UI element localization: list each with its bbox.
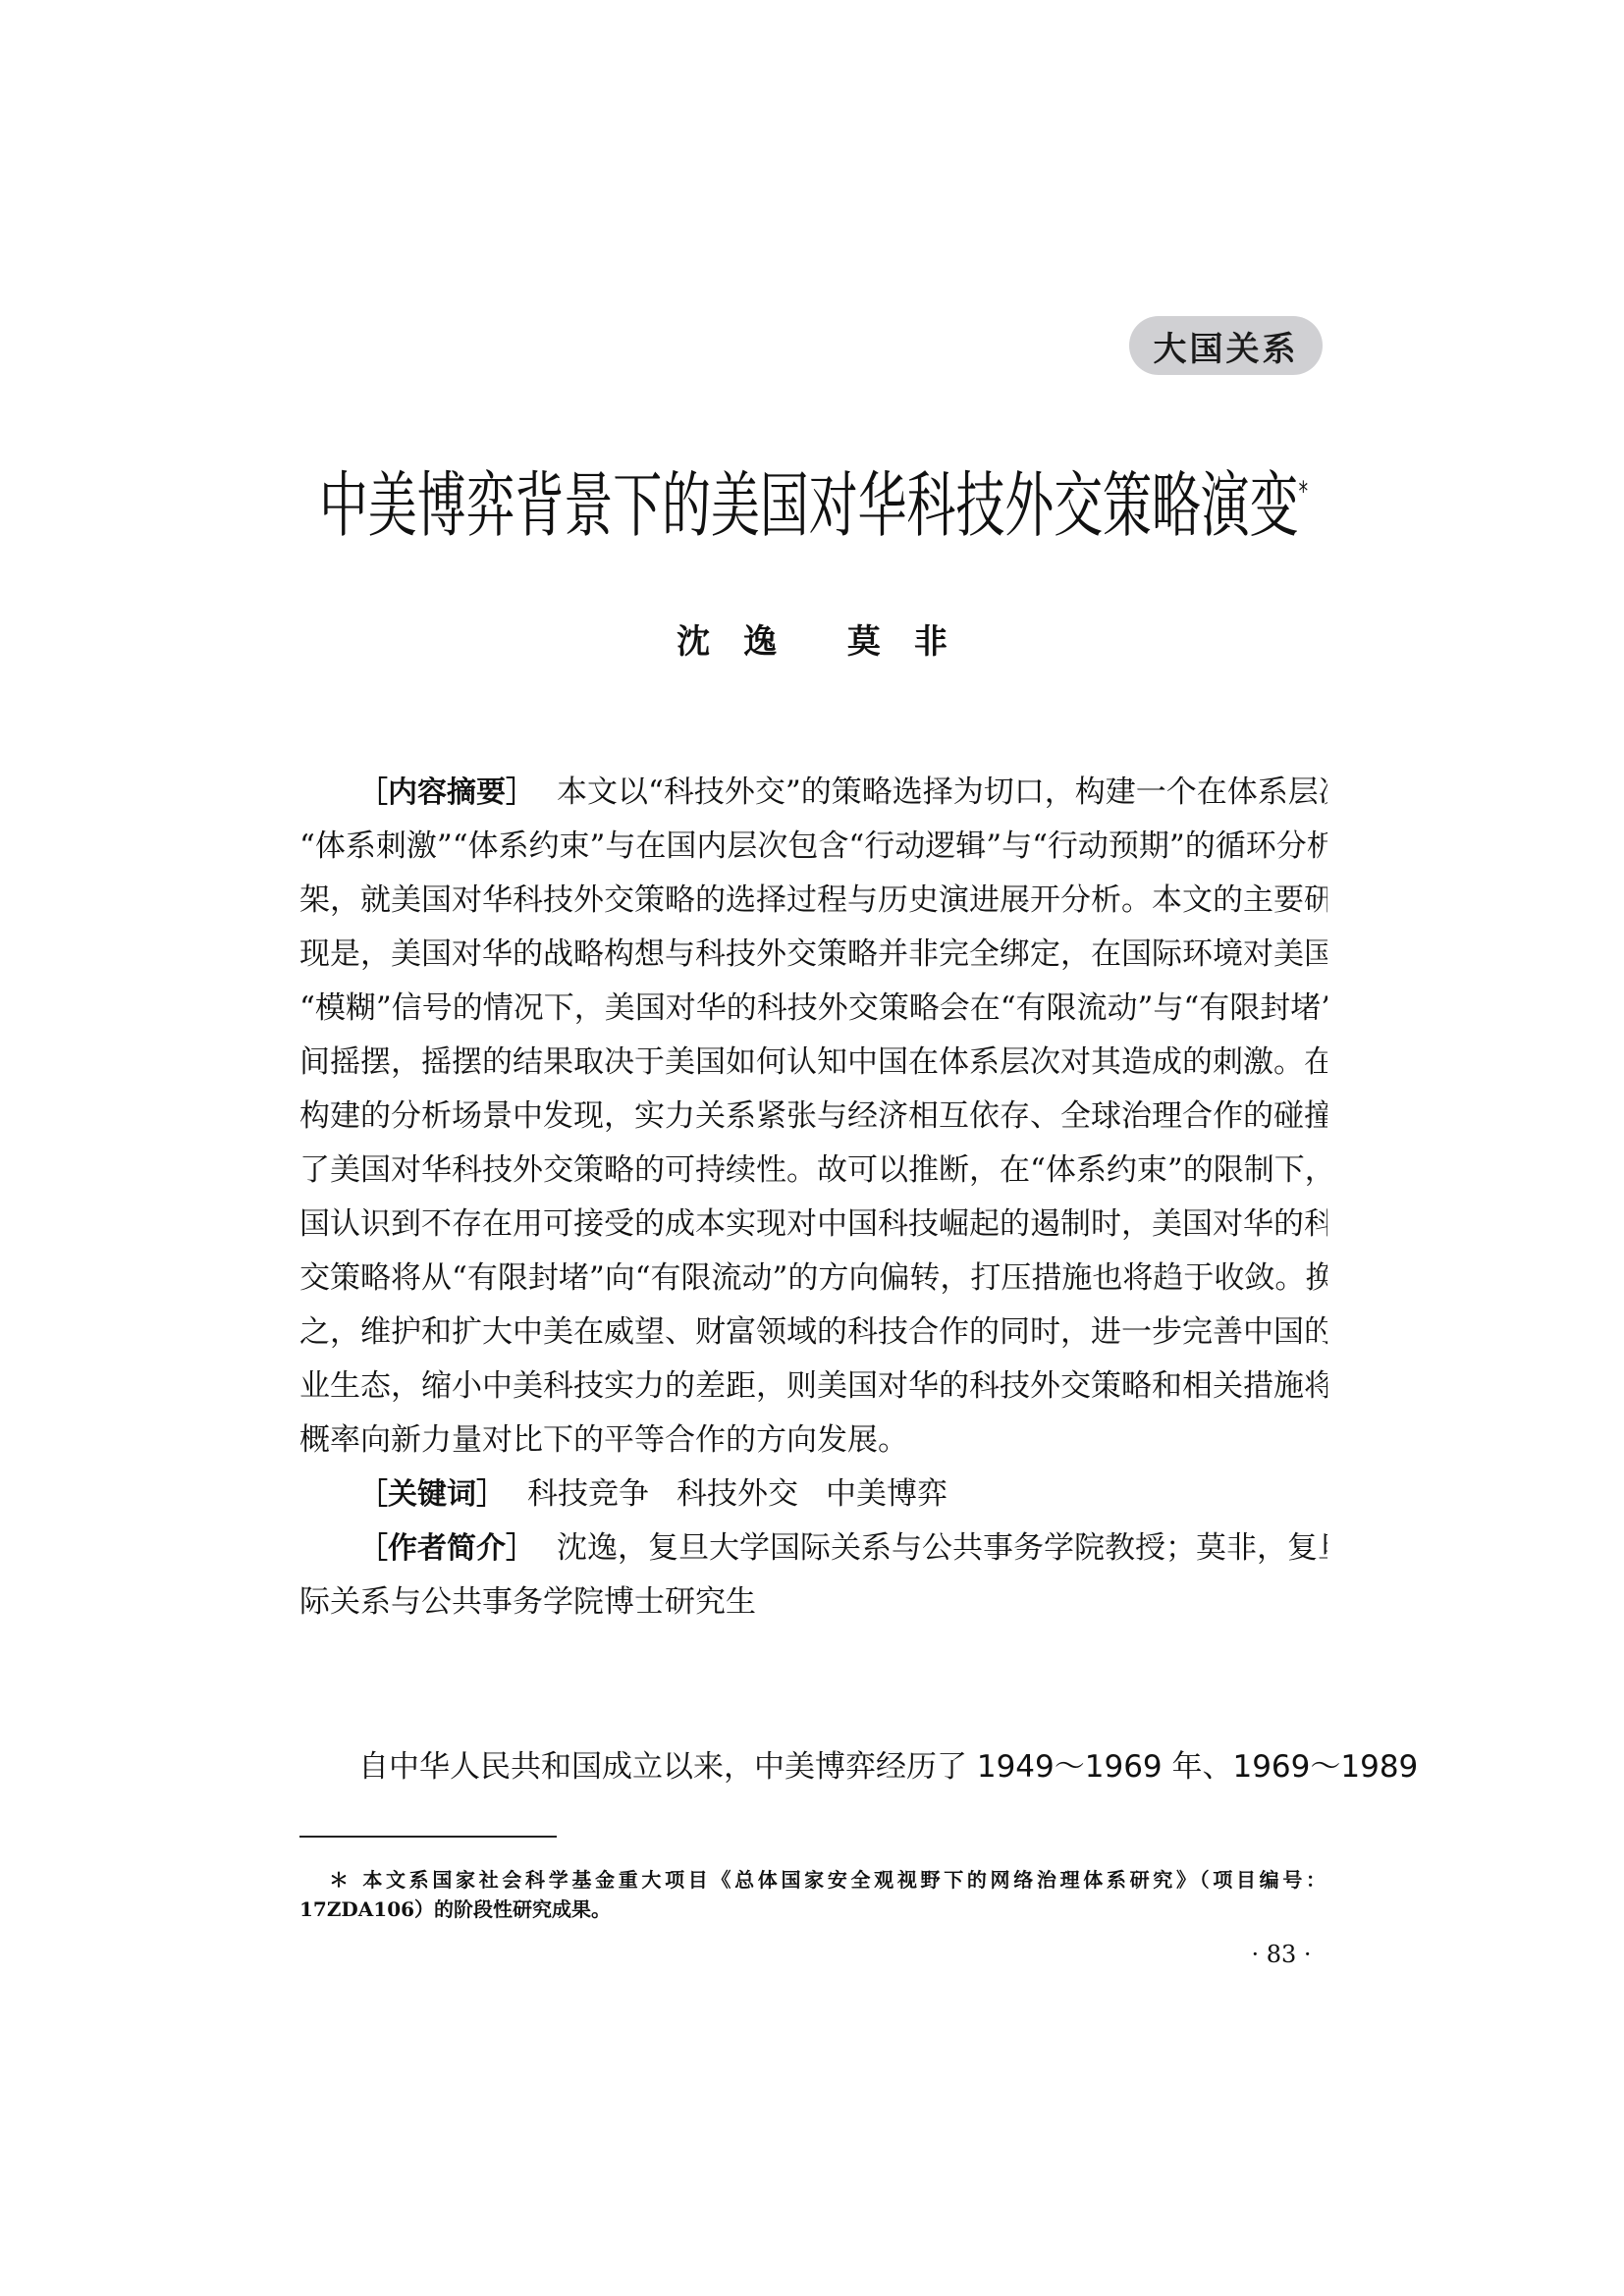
abstract-line: ［内容摘要］本文以“科技外交”的策略选择为切口，构建一个在体系层次包含 [358,766,1327,820]
page-number: · 83 · [1237,1939,1326,1970]
abstract-line: 间摇摆，摇摆的结果取决于美国如何认知中国在体系层次对其造成的刺激。在研究 [299,1036,1327,1090]
author-info-text: 沈逸，复旦大学国际关系与公共事务学院教授；莫非，复旦大学国 [557,1530,1327,1566]
abstract-line: 现是，美国对华的战略构想与科技外交策略并非完全绑定，在国际环境对美国发出 [299,928,1327,982]
abstract-line: “模糊”信号的情况下，美国对华的科技外交策略会在“有限流动”与“有限封堵”之 [299,982,1327,1036]
keyword: 中美博弈 [826,1476,947,1512]
author-1: 沈 逸 [677,622,777,662]
abstract-line: 概率向新力量对比下的平等合作的方向发展。 [299,1414,1327,1468]
abstract-label: ［内容摘要］ [358,775,535,810]
abstract-line: “体系刺激”“体系约束”与在国内层次包含“行动逻辑”与“行动预期”的循环分析框 [299,820,1327,874]
keywords-line: ［关键词］科技竞争科技外交中美博弈 [358,1468,1327,1522]
footnote-divider [299,1836,557,1838]
abstract-line: 国认识到不存在用可接受的成本实现对中国科技崛起的遏制时，美国对华的科技外 [299,1198,1327,1252]
keyword: 科技外交 [677,1476,798,1512]
footnote-line: ＊ 本文系国家社会科学基金重大项目《总体国家安全观视野下的网络治理体系研究》（项… [299,1865,1326,1895]
keywords-label: ［关键词］ [358,1477,506,1512]
title-text: 中美博弈背景下的美国对华科技外交策略演变 [319,464,1299,548]
author-2: 莫 非 [847,622,947,662]
section-badge: 大国关系 [1129,316,1323,375]
footnote-line: 17ZDA106）的阶段性研究成果。 [299,1895,1326,1924]
title-text-wrapper: 中美博弈背景下的美国对华科技外交策略演变* [319,451,1308,561]
title-footnote-mark[interactable]: * [1299,477,1308,507]
abstract-line: 之，维护和扩大中美在威望、财富领域的科技合作的同时，进一步完善中国的科技产 [299,1306,1327,1360]
body-paragraph-start: 自中华人民共和国成立以来，中美博弈经历了 1949～1969 年、1969～19… [358,1742,1327,1791]
abstract-line: 业生态，缩小中美科技实力的差距，则美国对华的科技外交策略和相关措施将有相当 [299,1360,1327,1414]
abstract-line: 交策略将从“有限封堵”向“有限流动”的方向偏转，打压措施也将趋于收敛。换言 [299,1252,1327,1306]
abstract-line: 了美国对华科技外交策略的可持续性。故可以推断，在“体系约束”的限制下，当美 [299,1144,1327,1198]
abstract-line: 架，就美国对华科技外交策略的选择过程与历史演进展开分析。本文的主要研究发 [299,874,1327,928]
abstract-line: 构建的分析场景中发现，实力关系紧张与经济相互依存、全球治理合作的碰撞，限制 [299,1090,1327,1144]
author-info-line: ［作者简介］沈逸，复旦大学国际关系与公共事务学院教授；莫非，复旦大学国 [358,1522,1327,1575]
article-title: 中美博弈背景下的美国对华科技外交策略演变* [319,461,1172,550]
keyword: 科技竞争 [527,1476,649,1512]
author-info-line: 际关系与公共事务学院博士研究生 [299,1575,1327,1629]
author-names: 沈 逸 莫 非 [0,618,1624,666]
abstract-line-text: 本文以“科技外交”的策略选择为切口，构建一个在体系层次包含 [557,774,1327,810]
author-info-label: ［作者简介］ [358,1531,535,1566]
